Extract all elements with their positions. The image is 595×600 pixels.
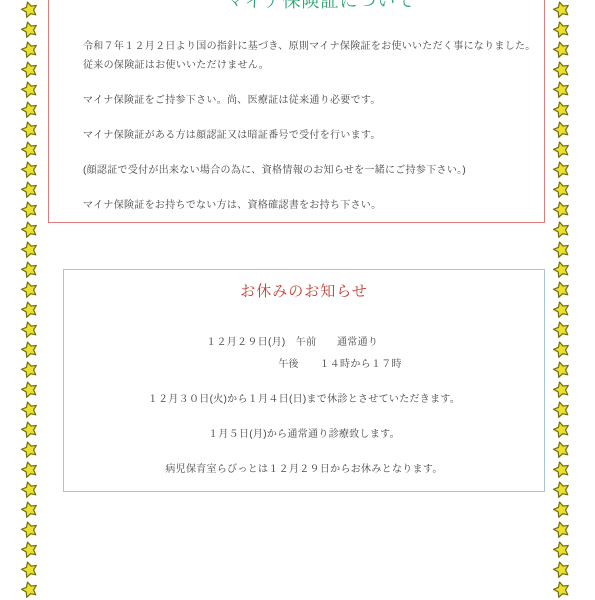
star-icon [21,341,38,358]
star-icon [21,41,38,58]
myna-notice-title: マイナ保険証について [91,0,550,11]
star-icon [553,401,570,418]
star-icon [21,241,38,258]
star-icon [553,61,570,78]
star-icon [553,21,570,38]
holiday-paragraph: １月５日(月)から通常通り診療致します。 [74,424,534,446]
star-icon [553,561,570,578]
star-icon [553,361,570,378]
star-icon [21,221,38,238]
dec29-schedule-text: １２月２９日(月) 午前 通常通り 午後 １４時から１７時 [206,332,402,376]
star-icon [21,541,38,558]
star-icon [553,221,570,238]
star-icon [553,1,570,18]
star-icon [21,561,38,578]
star-icon [553,461,570,478]
star-icon [21,181,38,198]
holiday-paragraph: 病児保育室らびっとは１２月２９日からお休みとなります。 [74,459,534,481]
star-icon [553,501,570,518]
notice-paragraph: マイナ保険証をご持参下さい。尚、医療証は従来通り必要です。 [83,91,542,110]
star-icon [553,581,570,598]
star-icon [553,41,570,58]
star-icon [553,181,570,198]
star-icon [21,441,38,458]
star-icon [553,241,570,258]
star-icon [21,421,38,438]
star-icon [553,321,570,338]
holiday-paragraph: １２月３０日(火)から１月４日(日)まで休診とさせていただきます。 [74,389,534,411]
star-icon [21,161,38,178]
star-icon [21,401,38,418]
star-icon [21,81,38,98]
star-icon [21,301,38,318]
star-icon [553,141,570,158]
star-icon [21,101,38,118]
star-icon [21,141,38,158]
star-icon [21,381,38,398]
star-icon [21,461,38,478]
star-icon [553,121,570,138]
star-icon [21,201,38,218]
star-icon [553,101,570,118]
star-border-right [553,1,570,598]
star-icon [553,341,570,358]
holiday-notice-box: お休みのお知らせ １２月２９日(月) 午前 通常通り 午後 １４時から１７時 １… [63,269,545,492]
star-icon [553,381,570,398]
star-icon [21,1,38,18]
star-icon [21,321,38,338]
myna-insurance-notice-box: マイナ保険証について 令和７年１２月２日より国の指針に基づき、原則マイナ保険証を… [48,0,545,223]
star-icon [21,281,38,298]
star-icon [21,21,38,38]
star-icon [21,481,38,498]
star-icon [21,121,38,138]
star-icon [553,81,570,98]
dec29-schedule-block: １２月２９日(月) 午前 通常通り 午後 １４時から１７時 [74,332,534,376]
star-icon [21,501,38,518]
star-icon [553,161,570,178]
page: マイナ保険証について 令和７年１２月２日より国の指針に基づき、原則マイナ保険証を… [0,0,595,600]
star-icon [553,281,570,298]
star-icon [553,521,570,538]
star-icon [553,301,570,318]
notice-paragraph: マイナ保険証をお持ちでない方は、資格確認書をお持ち下さい。 [83,196,542,215]
star-icon [21,581,38,598]
star-icon [553,441,570,458]
star-icon [553,201,570,218]
star-icon [21,521,38,538]
star-icon [21,61,38,78]
star-border-left [21,1,38,598]
holiday-notice-title: お休みのお知らせ [74,283,534,301]
star-icon [553,541,570,558]
star-icon [553,481,570,498]
star-icon [21,361,38,378]
notice-paragraph: マイナ保険証がある方は顔認証又は暗証番号で受付を行います。 [83,126,542,145]
notice-paragraph: (顔認証で受付が出来ない場合の為に、資格情報のお知らせを一緒にご持参下さい。) [83,161,542,180]
star-icon [553,261,570,278]
star-icon [553,421,570,438]
notice-paragraph: 令和７年１２月２日より国の指針に基づき、原則マイナ保険証をお使いいただく事になり… [83,37,542,75]
star-icon [21,261,38,278]
